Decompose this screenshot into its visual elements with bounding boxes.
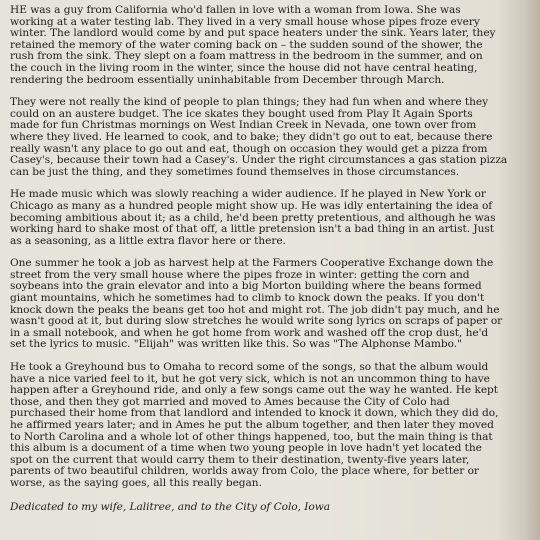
text-line: giant mountains, which he sometimes had … [10, 293, 522, 305]
text-line: worse, as the saying goes, all this real… [10, 478, 522, 490]
text-line: where they lived. He learned to cook, an… [10, 132, 522, 144]
paragraph-intro: HE was a guy from California who'd falle… [10, 5, 522, 86]
paragraph-music: He made music which was slowly reaching … [10, 189, 522, 247]
paragraph-harvest-job: One summer he took a job as harvest help… [10, 258, 522, 351]
liner-notes-page: HE was a guy from California who'd falle… [10, 5, 522, 513]
text-line: Casey's, because their town had a Casey'… [10, 155, 522, 167]
text-line: set the lyrics to music. "Elijah" was wr… [10, 339, 522, 351]
paragraph-lifestyle: They were not really the kind of people … [10, 97, 522, 178]
text-line: rendering the bedroom essentially uninha… [10, 75, 522, 87]
dedication: Dedicated to my wife, Lalitree, and to t… [10, 502, 522, 514]
text-line: working hard to shake most of that off, … [10, 224, 522, 236]
text-line: Chicago as many as a hundred people migh… [10, 201, 522, 213]
text-line: He took a Greyhound bus to Omaha to reco… [10, 362, 522, 374]
text-line: They were not really the kind of people … [10, 97, 522, 109]
text-line: HE was a guy from California who'd falle… [10, 5, 522, 17]
text-line: he affirmed years later; and in Ames he … [10, 420, 522, 432]
text-line: as a seasoning, as a little extra flavor… [10, 236, 522, 248]
text-line: can be just the thing, and they sometime… [10, 167, 522, 179]
text-line: the couch in the living room in the wint… [10, 63, 522, 75]
paragraph-recording: He took a Greyhound bus to Omaha to reco… [10, 362, 522, 490]
